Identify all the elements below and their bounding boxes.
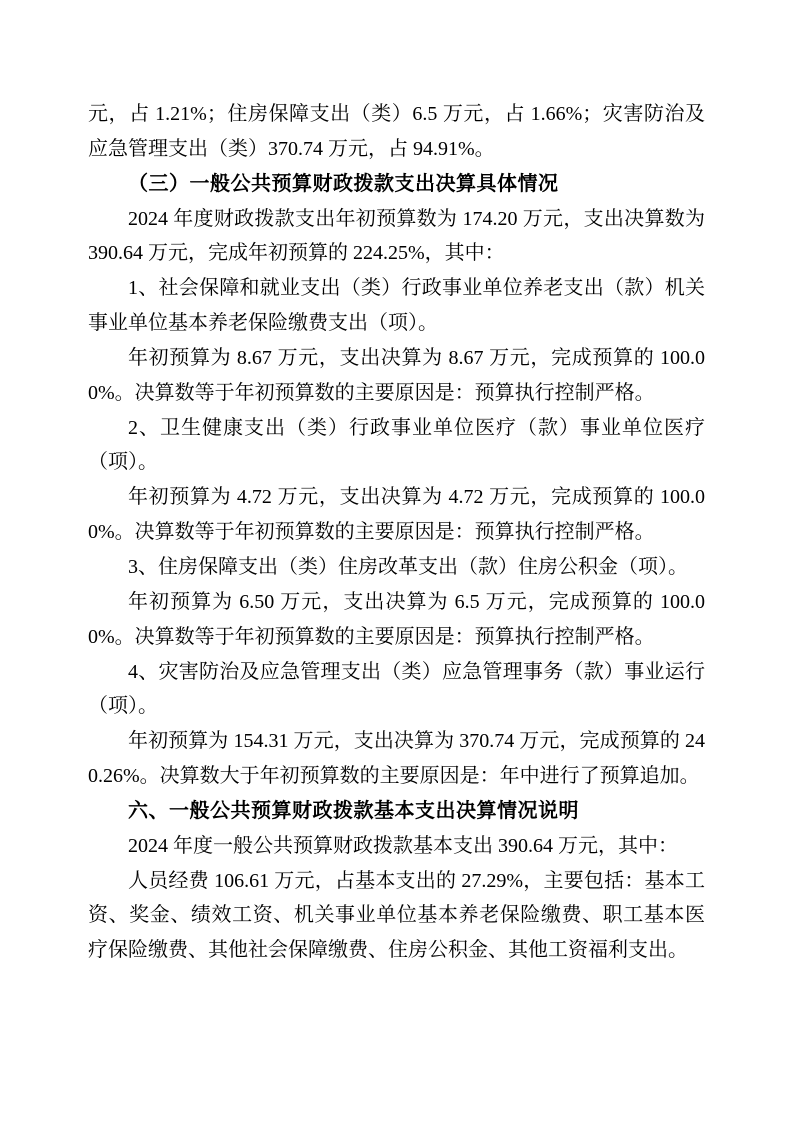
heading-section-three: （三）一般公共预算财政拨款支出决算具体情况: [88, 167, 705, 202]
paragraph-item3-housing-title: 3、住房保障支出（类）住房改革支出（款）住房公积金（项）。: [88, 550, 705, 585]
paragraph-basic-expenditure-overview: 2024 年度一般公共预算财政拨款基本支出 390.64 万元，其中：: [88, 829, 705, 864]
paragraph-item4-disaster-title: 4、灾害防治及应急管理支出（类）应急管理事务（款）事业运行（项）。: [88, 655, 705, 725]
document-page: 元，占 1.21%；住房保障支出（类）6.5 万元，占 1.66%；灾害防治及应…: [0, 0, 793, 1122]
paragraph-expenditure-ratio-continuation: 元，占 1.21%；住房保障支出（类）6.5 万元，占 1.66%；灾害防治及应…: [88, 97, 705, 167]
paragraph-item1-detail: 年初预算为 8.67 万元，支出决算为 8.67 万元，完成预算的 100.00…: [88, 341, 705, 411]
paragraph-item3-detail: 年初预算为 6.50 万元，支出决算为 6.5 万元，完成预算的 100.00%…: [88, 585, 705, 655]
paragraph-personnel-expenses: 人员经费 106.61 万元，占基本支出的 27.29%，主要包括：基本工资、奖…: [88, 864, 705, 969]
paragraph-item2-detail: 年初预算为 4.72 万元，支出决算为 4.72 万元，完成预算的 100.00…: [88, 480, 705, 550]
heading-section-six: 六、一般公共预算财政拨款基本支出决算情况说明: [88, 794, 705, 829]
paragraph-expenditure-overview: 2024 年度财政拨款支出年初预算数为 174.20 万元，支出决算数为 390…: [88, 202, 705, 272]
paragraph-item2-health-title: 2、卫生健康支出（类）行政事业单位医疗（款）事业单位医疗（项）。: [88, 411, 705, 481]
paragraph-item1-social-security-title: 1、社会保障和就业支出（类）行政事业单位养老支出（款）机关事业单位基本养老保险缴…: [88, 271, 705, 341]
paragraph-item4-detail: 年初预算为 154.31 万元，支出决算为 370.74 万元，完成预算的 24…: [88, 724, 705, 794]
